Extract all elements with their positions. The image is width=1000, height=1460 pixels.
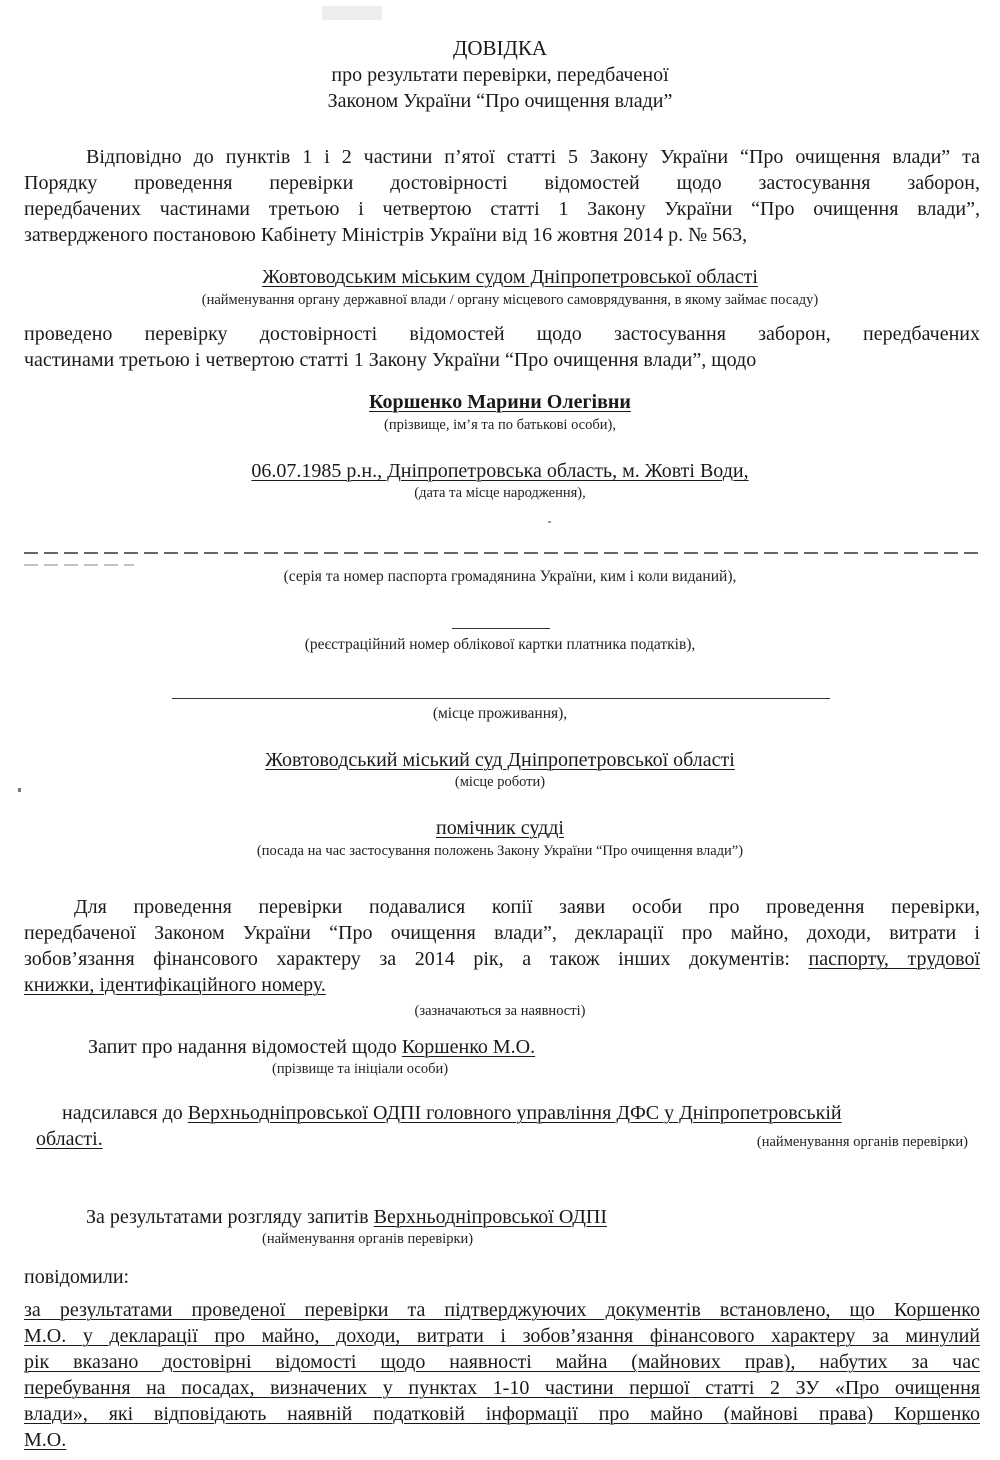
request-person: Коршенко М.О. bbox=[402, 1036, 535, 1058]
document-subtitle-line-1: про результати перевірки, передбаченої bbox=[0, 63, 1000, 87]
person-name-hint: (прізвище, ім’я та по батькові особи), bbox=[0, 416, 1000, 434]
results-paragraph: за результатами проведеної перевірки та … bbox=[24, 1298, 980, 1454]
recipient-line-2: області. bbox=[36, 1127, 103, 1151]
document-title: ДОВІДКА bbox=[0, 36, 1000, 60]
residence-hint: (місце проживання), bbox=[0, 705, 1000, 723]
person-name-field: Коршенко Марини Олегівни bbox=[0, 390, 1000, 414]
workplace-hint: (місце роботи) bbox=[0, 773, 1000, 791]
request-prefix: Запит про надання відомостей щодо bbox=[88, 1036, 397, 1058]
documents-list-last: книжки, ідентифікаційного номеру. bbox=[24, 974, 326, 996]
documents-line: зобов’язання фінансового характеру за 20… bbox=[24, 947, 980, 973]
recipient-value-cont: області. bbox=[36, 1128, 103, 1150]
documents-line: книжки, ідентифікаційного номеру. bbox=[24, 973, 980, 999]
results-line: рік вказано достовірні відомості щодо на… bbox=[24, 1350, 980, 1376]
documents-paragraph: Для проведення перевірки подавалися копі… bbox=[24, 895, 980, 999]
intro-line: Відповідно до пунктів 1 і 2 частини п’ят… bbox=[24, 145, 980, 171]
results-body-hint: (найменування органів перевірки) bbox=[262, 1230, 473, 1248]
scan-artifact bbox=[322, 6, 382, 20]
intro-line: затвердженого постановою Кабінету Мініст… bbox=[24, 223, 980, 249]
results-line: М.О. у декларації про майно, доходи, вит… bbox=[24, 1324, 980, 1350]
document-subtitle-line-2: Законом України “Про очищення влади” bbox=[0, 89, 1000, 113]
residence-redacted-line bbox=[172, 698, 830, 699]
results-line-text: М.О. bbox=[24, 1429, 66, 1451]
workplace-value: Жовтоводський міський суд Дніпропетровсь… bbox=[265, 749, 735, 771]
results-line: За результатами розгляду запитів Верхньо… bbox=[86, 1205, 607, 1229]
tax-number-hint: (реєстраційний номер облікової картки пл… bbox=[0, 636, 1000, 654]
birth-hint: (дата та місце народження), bbox=[0, 484, 1000, 502]
position-hint: (посада на час застосування положень Зак… bbox=[0, 842, 1000, 860]
position-field: помічник судді bbox=[0, 816, 1000, 840]
workplace-field: Жовтоводський міський суд Дніпропетровсь… bbox=[0, 748, 1000, 772]
passport-redacted-line bbox=[24, 564, 134, 566]
intro-line: Порядку проведення перевірки достовірнос… bbox=[24, 171, 980, 197]
recipient-value: Верхньодніпровської ОДПІ головного управ… bbox=[188, 1102, 842, 1124]
authority-hint: (найменування органу державної влади / о… bbox=[0, 291, 1000, 309]
results-body: Верхньодніпровської ОДПІ bbox=[374, 1206, 607, 1228]
intro-line: передбачених частинами третьою і четверт… bbox=[24, 197, 980, 223]
birth-value: 06.07.1985 р.н., Дніпропетровська област… bbox=[251, 460, 748, 482]
person-name: Коршенко Марини Олегівни bbox=[369, 391, 631, 413]
passport-redacted-line bbox=[24, 552, 979, 554]
results-line: влади», які відповідають наявній податко… bbox=[24, 1402, 980, 1428]
results-prefix: За результатами розгляду запитів bbox=[86, 1206, 369, 1228]
documents-list-inline: паспорту, трудової bbox=[809, 948, 980, 970]
position-value: помічник судді bbox=[436, 817, 564, 839]
authority-value: Жовтоводським міським судом Дніпропетров… bbox=[262, 266, 758, 288]
recipient-line: надсилався до Верхньодніпровської ОДПІ г… bbox=[62, 1101, 842, 1125]
birth-field: 06.07.1985 р.н., Дніпропетровська област… bbox=[0, 459, 1000, 483]
results-line: за результатами проведеної перевірки та … bbox=[24, 1298, 980, 1324]
reported-label: повідомили: bbox=[24, 1265, 129, 1289]
check-statement: проведено перевірку достовірності відомо… bbox=[24, 322, 980, 374]
check-line: проведено перевірку достовірності відомо… bbox=[24, 322, 980, 348]
documents-line: Для проведення перевірки подавалися копі… bbox=[24, 895, 980, 921]
check-line: частинами третьою і четвертою статті 1 З… bbox=[24, 348, 980, 374]
sent-prefix: надсилався до bbox=[62, 1102, 183, 1124]
request-line: Запит про надання відомостей щодо Коршен… bbox=[88, 1035, 535, 1059]
documents-text: зобов’язання фінансового характеру за 20… bbox=[24, 948, 790, 970]
intro-paragraph: Відповідно до пунктів 1 і 2 частини п’ят… bbox=[24, 145, 980, 249]
documents-line: передбаченої Законом України “Про очищен… bbox=[24, 921, 980, 947]
scan-artifact bbox=[548, 521, 551, 523]
results-line: М.О. bbox=[24, 1428, 980, 1454]
tax-number-redacted-line bbox=[452, 628, 550, 629]
authority-field: Жовтоводським міським судом Дніпропетров… bbox=[0, 265, 1000, 289]
request-person-hint: (прізвище та ініціали особи) bbox=[272, 1060, 448, 1078]
passport-hint: (серія та номер паспорта громадянина Укр… bbox=[0, 568, 1000, 586]
documents-hint: (зазначаються за наявності) bbox=[0, 1002, 1000, 1020]
recipient-hint: (найменування органів перевірки) bbox=[757, 1133, 968, 1151]
results-line: перебування на посадах, визначених у пун… bbox=[24, 1376, 980, 1402]
